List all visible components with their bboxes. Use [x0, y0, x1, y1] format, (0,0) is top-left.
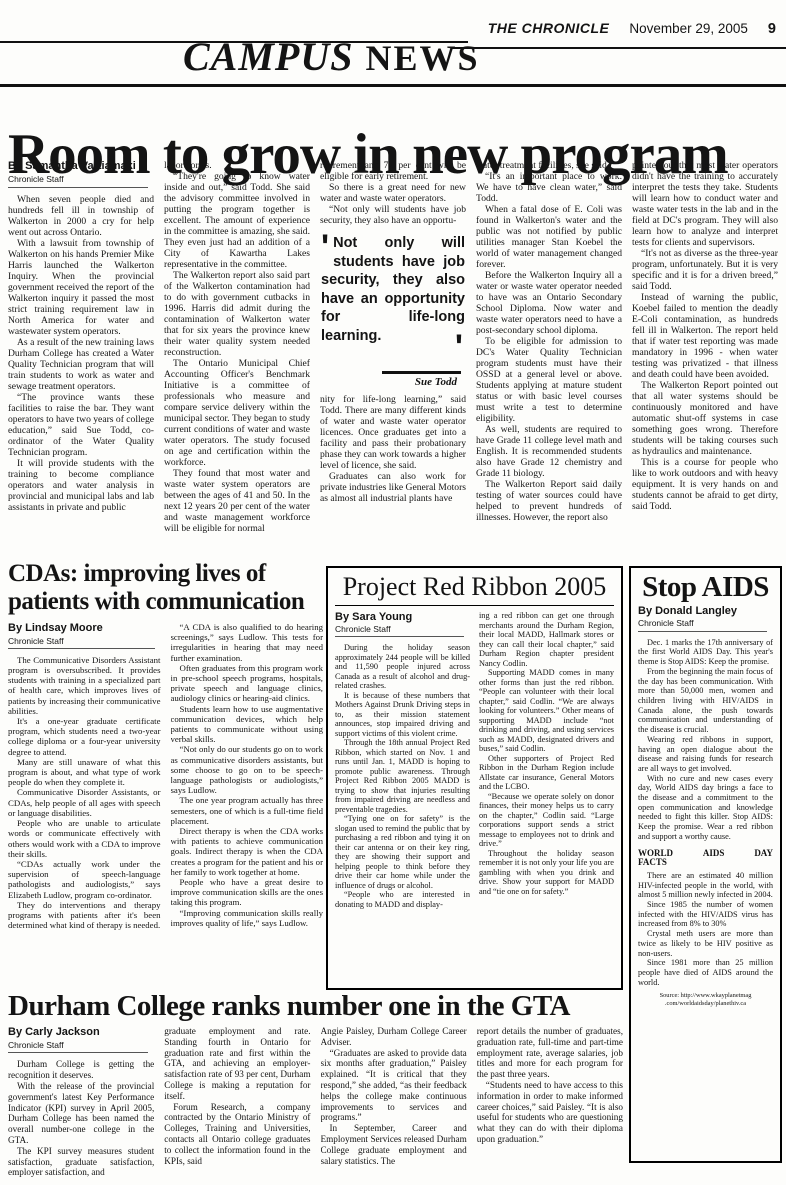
cda-column-2: “A CDA is also qualified to do hearing s… [171, 622, 324, 982]
paragraph: “A CDA is also qualified to do hearing s… [171, 622, 324, 663]
banner-rule [0, 84, 786, 87]
paragraph: Through the 18th annual Project Red Ribb… [335, 738, 470, 814]
red-ribbon-article: Project Red Ribbon 2005 By Sara Young Ch… [326, 566, 623, 990]
paragraph: pointed out that most water operators di… [632, 160, 778, 248]
paragraph: graduate employment and rate. Standing f… [164, 1026, 310, 1102]
pull-quote-rule [382, 371, 461, 374]
facts-heading-line2: FACTS [638, 858, 773, 868]
facts-heading-word: AIDS [703, 849, 725, 859]
paragraph: Throughout the holiday season remember i… [479, 849, 614, 897]
cda-article: CDAs: improving lives of patients with c… [8, 560, 323, 990]
paragraph: “It's an important place to work. We hav… [476, 171, 622, 204]
paragraph: retirement and 72 per cent will be eligi… [320, 160, 466, 182]
section-banner-news: NEWS [366, 38, 480, 78]
cda-headline: CDAs: improving lives of patients with c… [8, 560, 323, 616]
main-article-column-2: laboratories.“They're going to know wate… [164, 160, 310, 560]
main-article-column-4: water treatment facilities, she said.“It… [476, 160, 622, 560]
paragraph: “Students need to have access to this in… [477, 1080, 623, 1145]
main-byline: By Samantha Vartiamaki [8, 160, 154, 173]
paragraph: “Not only will students have job securit… [320, 204, 466, 226]
paragraph: The Walkerton Report said daily testing … [476, 479, 622, 523]
paragraph: “They're going to know water inside and … [164, 171, 310, 270]
paragraph: “The province wants these facilities to … [8, 392, 154, 458]
durham-article: Durham College ranks number one in the G… [8, 992, 623, 1185]
section-banner-campus: CAMPUS [183, 34, 354, 79]
main-article-column-1: By Samantha Vartiamaki Chronicle Staff W… [8, 160, 154, 560]
paragraph: laboratories. [164, 160, 310, 171]
stop-aids-headline: Stop AIDS [638, 572, 773, 602]
stop-aids-column: By Donald Langley Chronicle Staff Dec. 1… [638, 605, 773, 1008]
paragraph: Direct therapy is when the CDA works wit… [171, 826, 324, 877]
paragraph: “Improving communication skills really i… [171, 908, 324, 928]
paragraph: “People who are interested in donating t… [335, 890, 470, 909]
cda-headline-line2: patients with communication [8, 588, 323, 616]
main-column-3-bottom: nity for life-long learning,” said Todd.… [320, 394, 466, 504]
paragraph: Dec. 1 marks the 17th anniversary of the… [638, 638, 773, 667]
paragraph: Angie Paisley, Durham College Career Adv… [321, 1026, 467, 1048]
paragraph: report details the number of graduates, … [477, 1026, 623, 1080]
red-ribbon-column-2: ing a red ribbon can get one through mer… [479, 611, 614, 951]
stop-aids-source: Source: http://www.wkayplanetmag .com/wo… [638, 992, 773, 1008]
paragraph: So there is a great need for new water a… [320, 182, 466, 204]
paragraph: Other supporters of Project Red Ribbon i… [479, 754, 614, 792]
cda-byline: By Lindsay Moore [8, 622, 161, 635]
main-byline-role: Chronicle Staff [8, 174, 148, 188]
paragraph: With the release of the provincial gover… [8, 1081, 154, 1146]
paragraph: Forum Research, a company contracted by … [164, 1102, 310, 1167]
paragraph: The Walkerton Report pointed out that al… [632, 380, 778, 457]
paragraph: “CDAs actually work under the supervisio… [8, 859, 161, 900]
stop-aids-byline: By Donald Langley [638, 605, 773, 618]
section-banner: CAMPUS NEWS [183, 33, 480, 80]
durham-byline: By Carly Jackson [8, 1026, 154, 1039]
cda-byline-role: Chronicle Staff [8, 636, 155, 649]
paragraph: The Ontario Municipal Chief Accounting O… [164, 358, 310, 468]
paragraph: Often graduates from this program work i… [171, 663, 324, 704]
paragraph: Many are still unaware of what this prog… [8, 757, 161, 788]
paragraph: When a fatal dose of E. Coli was found i… [476, 204, 622, 270]
paragraph: When seven people died and hundreds fell… [8, 194, 154, 238]
stop-aids-text: Dec. 1 marks the 17th anniversary of the… [638, 638, 773, 842]
durham-column-3: Angie Paisley, Durham College Career Adv… [321, 1026, 467, 1178]
paragraph: The KPI survey measures student satisfac… [8, 1146, 154, 1178]
stop-aids-article: Stop AIDS By Donald Langley Chronicle St… [629, 566, 782, 1163]
paragraph: ing a red ribbon can get one through mer… [479, 611, 614, 668]
main-article: By Samantha Vartiamaki Chronicle Staff W… [8, 160, 778, 560]
paragraph: In September, Career and Employment Serv… [321, 1123, 467, 1166]
paragraph: This is a course for people who like to … [632, 457, 778, 512]
paragraph: “Because we operate solely on donor fina… [479, 792, 614, 849]
newspaper-page: THE CHRONICLE November 29, 2005 9 CAMPUS… [0, 0, 786, 1185]
paragraph: Instead of warning the public, Koebel fa… [632, 292, 778, 380]
main-column-3-top: retirement and 72 per cent will be eligi… [320, 160, 466, 226]
paragraph: During the holiday season approximately … [335, 643, 470, 691]
cda-column-1-text: The Communicative Disorders Assistant pr… [8, 655, 161, 930]
red-ribbon-column-1-text: During the holiday season approximately … [335, 643, 470, 909]
paragraph: With no cure and new cases every day, Wo… [638, 774, 773, 842]
paragraph: Before the Walkerton Inquiry all a water… [476, 270, 622, 336]
paragraph: They do interventions and therapy progra… [8, 900, 161, 931]
main-article-column-5: pointed out that most water operators di… [632, 160, 778, 560]
stop-aids-byline-role: Chronicle Staff [638, 619, 767, 632]
open-quote-icon: ' [321, 236, 329, 260]
paragraph: It will provide students with the traini… [8, 458, 154, 513]
paragraph: “Graduates are asked to provide data six… [321, 1048, 467, 1124]
paragraph: “Not only do our students go on to work … [171, 744, 324, 795]
durham-column-2: graduate employment and rate. Standing f… [164, 1026, 310, 1178]
paragraph: Students learn how to use augmentative c… [171, 704, 324, 745]
masthead: THE CHRONICLE November 29, 2005 9 [488, 20, 776, 37]
paragraph: The Walkerton report also said part of t… [164, 270, 310, 358]
paragraph: Since 1985 the number of women infected … [638, 900, 773, 929]
paragraph: As well, students are required to have G… [476, 424, 622, 479]
durham-column-1: By Carly Jackson Chronicle Staff Durham … [8, 1026, 154, 1178]
paragraph: Communicative Disorder Assistants, or CD… [8, 787, 161, 818]
paragraph: To be eligible for admission to DC's Wat… [476, 336, 622, 424]
paragraph: The Communicative Disorders Assistant pr… [8, 655, 161, 716]
red-ribbon-headline: Project Red Ribbon 2005 [335, 573, 614, 606]
paragraph: Supporting MADD comes in many other form… [479, 668, 614, 754]
paragraph: Since 1981 more than 25 million people h… [638, 958, 773, 987]
paragraph: With a lawsuit from township of Walkerto… [8, 238, 154, 337]
pull-quote-text: Not only will students have job security… [321, 234, 465, 345]
paragraph: Crystal meth users are more than twice a… [638, 929, 773, 958]
pull-quote-attribution: Sue Todd [321, 377, 465, 388]
durham-headline: Durham College ranks number one in the G… [8, 992, 623, 1021]
red-ribbon-column-1: By Sara Young Chronicle Staff During the… [335, 611, 470, 951]
paragraph: It is because of these numbers that Moth… [335, 691, 470, 739]
main-article-column-3: retirement and 72 per cent will be eligi… [320, 160, 466, 560]
paragraph: From the beginning the main focus of the… [638, 667, 773, 735]
masthead-rule-right [452, 47, 786, 49]
cda-headline-line1: CDAs: improving lives of [8, 560, 323, 588]
paragraph: It's a one-year graduate certificate pro… [8, 716, 161, 757]
durham-column-4: report details the number of graduates, … [477, 1026, 623, 1178]
world-aids-day-facts-heading: WORLD AIDS DAY FACTS [638, 849, 773, 868]
paragraph: Wearing red ribbons in support, having a… [638, 735, 773, 774]
page-number: 9 [768, 21, 776, 37]
durham-column-1-text: Durham College is getting the recognitio… [8, 1059, 154, 1178]
paragraph: water treatment facilities, she said. [476, 160, 622, 171]
red-ribbon-byline: By Sara Young [335, 611, 470, 624]
paragraph: They found that most water and waste wat… [164, 468, 310, 534]
stop-aids-facts: There are an estimated 40 million HIV-in… [638, 871, 773, 987]
paragraph: There are an estimated 40 million HIV-in… [638, 871, 773, 900]
main-column-1-text: When seven people died and hundreds fell… [8, 194, 154, 513]
paragraph: The one year program actually has three … [171, 795, 324, 826]
paragraph: nity for life-long learning,” said Todd.… [320, 394, 466, 471]
paragraph: People who are unable to articulate word… [8, 818, 161, 859]
paragraph: People who have a great desire to improv… [171, 877, 324, 908]
durham-byline-role: Chronicle Staff [8, 1040, 148, 1054]
cda-column-1: By Lindsay Moore Chronicle Staff The Com… [8, 622, 161, 982]
paragraph: As a result of the new training laws Dur… [8, 337, 154, 392]
issue-date: November 29, 2005 [629, 21, 748, 36]
red-ribbon-byline-role: Chronicle Staff [335, 625, 464, 638]
paragraph: “It's not as diverse as the three-year p… [632, 248, 778, 292]
facts-heading-word: DAY [754, 849, 773, 859]
paragraph: “Tying one on for safety” is the slogan … [335, 814, 470, 890]
paper-title: THE CHRONICLE [488, 20, 610, 36]
paragraph: Durham College is getting the recognitio… [8, 1059, 154, 1081]
paragraph: Graduates can also work for private indu… [320, 471, 466, 504]
pull-quote: ' Not only will students have job securi… [321, 234, 465, 388]
